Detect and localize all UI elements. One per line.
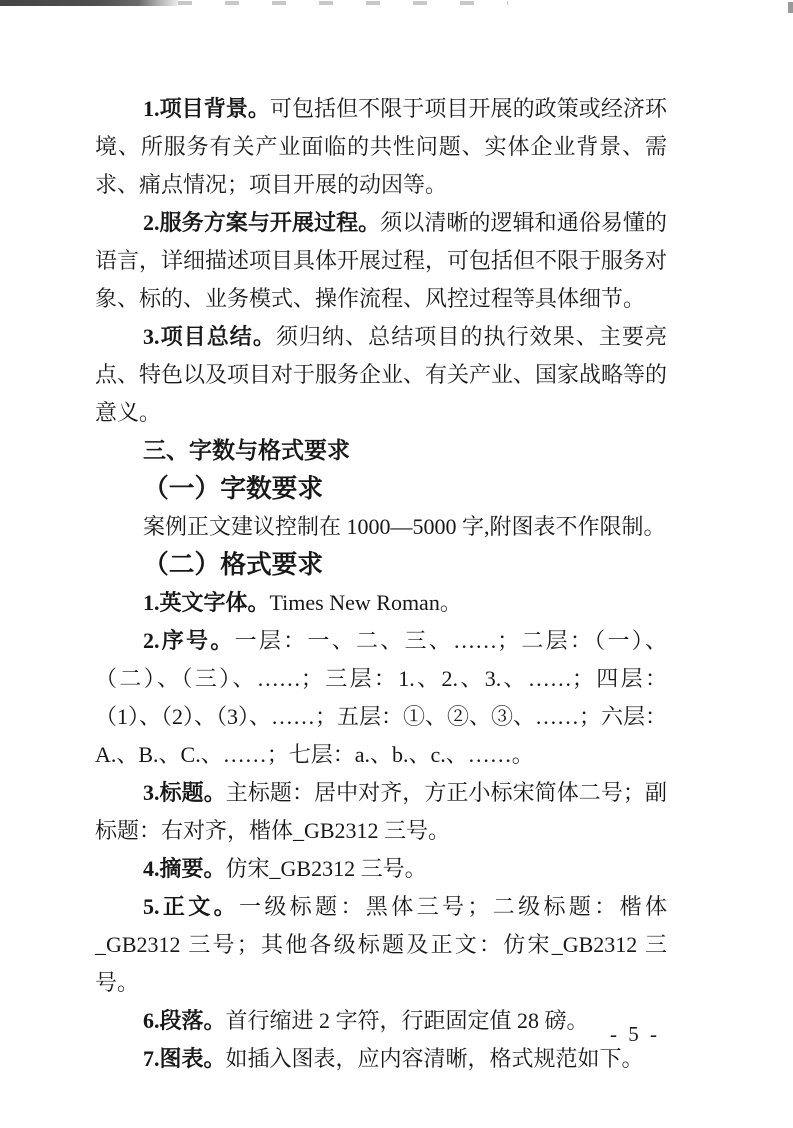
paragraph-text: 如插入图表，应内容清晰，格式规范如下。: [226, 1046, 644, 1071]
page-number: - 5 -: [610, 1022, 660, 1047]
paragraph-service-plan: 2.服务方案与开展过程。须以清晰的逻辑和通俗易懂的语言，详细描述项目具体开展过程…: [95, 204, 667, 318]
paragraph-lead: 7.图表。: [143, 1046, 226, 1071]
scan-artifact-top-left: [0, 0, 178, 6]
paragraph-project-summary: 3.项目总结。须归纳、总结项目的执行效果、主要亮点、特色以及项目对于服务企业、有…: [95, 318, 667, 432]
paragraph-paragraph-format: 6.段落。首行缩进 2 字符，行距固定值 28 磅。: [95, 1002, 667, 1040]
scan-artifact-top-right: [788, 2, 793, 13]
paragraph-text: Times New Roman。: [270, 590, 462, 615]
paragraph-lead: 3.标题。: [143, 780, 226, 805]
paragraph-lead: 2.序号。: [143, 628, 235, 653]
paragraph-chart-format: 7.图表。如插入图表，应内容清晰，格式规范如下。: [95, 1040, 667, 1078]
paragraph-text: 仿宋_GB2312 三号。: [226, 856, 427, 881]
paragraph-text: 案例正文建议控制在 1000—5000 字,附图表不作限制。: [143, 514, 666, 539]
paragraph-numbering: 2.序号。一层：一、二、三、……；二层：（一）、（二）、（三）、……；三层：1.…: [95, 622, 667, 774]
paragraph-lead: 1.英文字体。: [143, 590, 270, 615]
paragraph-title-format: 3.标题。主标题：居中对齐，方正小标宋简体二号；副标题：右对齐，楷体_GB231…: [95, 774, 667, 850]
sub-heading-wordcount: （一）字数要求: [95, 470, 667, 508]
paragraph-lead: 4.摘要。: [143, 856, 226, 881]
paragraph-bodytext-format: 5.正文。一级标题：黑体三号；二级标题：楷体_GB2312 三号；其他各级标题及…: [95, 888, 667, 1002]
paragraph-lead: 6.段落。: [143, 1008, 226, 1033]
paragraph-project-background: 1.项目背景。可包括但不限于项目开展的政策或经济环境、所服务有关产业面临的共性问…: [95, 90, 667, 204]
section-heading-wordcount-format: 三、字数与格式要求: [95, 432, 667, 470]
scan-artifact-specks: [178, 1, 508, 5]
paragraph-abstract-format: 4.摘要。仿宋_GB2312 三号。: [95, 850, 667, 888]
paragraph-lead: 1.项目背景。: [143, 96, 270, 121]
document-body: 1.项目背景。可包括但不限于项目开展的政策或经济环境、所服务有关产业面临的共性问…: [95, 90, 667, 1078]
scanned-document-page: 1.项目背景。可包括但不限于项目开展的政策或经济环境、所服务有关产业面临的共性问…: [0, 0, 793, 1128]
paragraph-wordcount-rule: 案例正文建议控制在 1000—5000 字,附图表不作限制。: [95, 508, 667, 546]
paragraph-english-font: 1.英文字体。Times New Roman。: [95, 584, 667, 622]
paragraph-text: 首行缩进 2 字符，行距固定值 28 磅。: [226, 1008, 589, 1033]
paragraph-lead: 5.正文。: [143, 894, 239, 919]
sub-heading-format: （二）格式要求: [95, 546, 667, 584]
paragraph-lead: 2.服务方案与开展过程。: [143, 210, 380, 235]
paragraph-lead: 3.项目总结。: [143, 324, 276, 349]
